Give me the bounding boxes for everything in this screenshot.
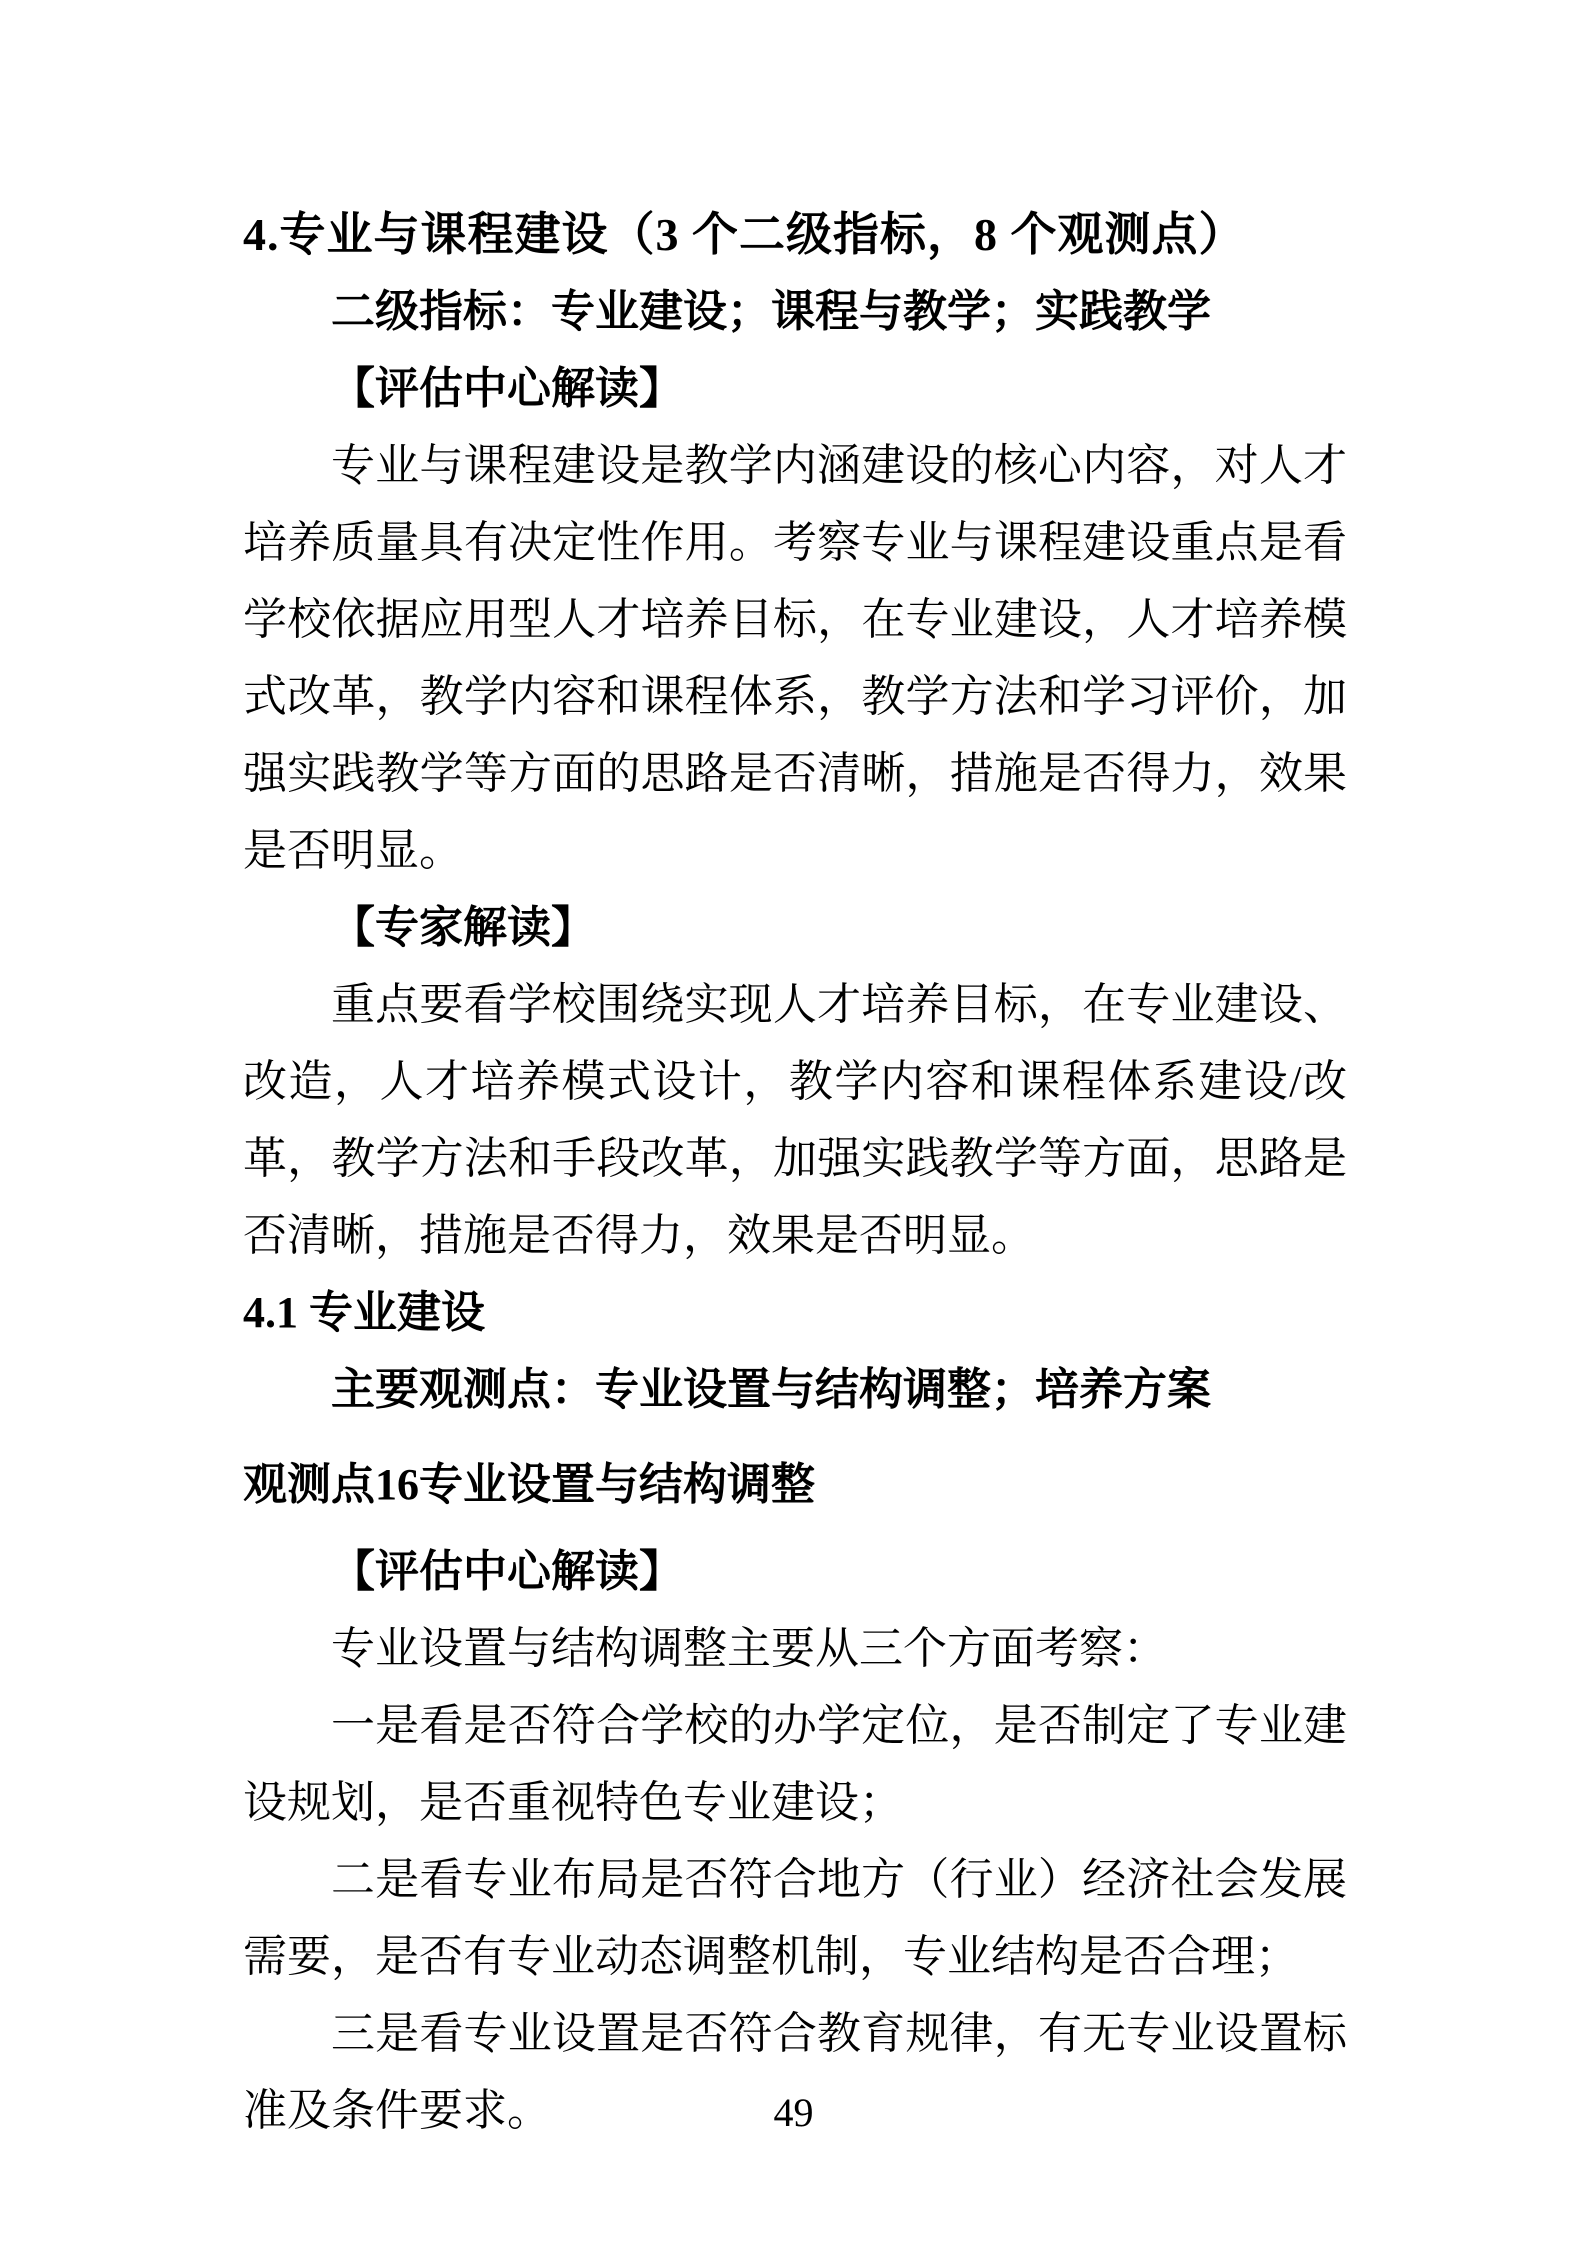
secondary-indicators-line: 二级指标：专业建设；课程与教学；实践教学 [243,273,1347,350]
chapter-heading: 4.专业与课程建设（3 个二级指标，8 个观测点） [243,196,1347,273]
evaluation-center-note-label: 【评估中心解读】 [243,350,1347,427]
expert-paragraph: 重点要看学校围绕实现人才培养目标，在专业建设、改造，人才培养模式设计，教学内容和… [243,966,1347,1274]
document-body: 4.专业与课程建设（3 个二级指标，8 个观测点） 二级指标：专业建设；课程与教… [243,196,1347,2149]
expert-note-label: 【专家解读】 [243,889,1347,966]
evaluation-center-note-label-2: 【评估中心解读】 [243,1533,1347,1610]
inspection-aspect-2-paragraph: 二是看专业布局是否符合地方（行业）经济社会发展需要，是否有专业动态调整机制，专业… [243,1841,1347,1995]
section-heading-4-1: 4.1 专业建设 [243,1274,1347,1351]
page-number: 49 [0,2083,1587,2143]
inspection-aspects-intro-paragraph: 专业设置与结构调整主要从三个方面考察： [243,1610,1347,1687]
observation-point-16-heading: 观测点16专业设置与结构调整 [243,1446,1347,1523]
evaluation-center-paragraph: 专业与课程建设是教学内涵建设的核心内容，对人才培养质量具有决定性作用。考察专业与… [243,427,1347,889]
document-page: 4.专业与课程建设（3 个二级指标，8 个观测点） 二级指标：专业建设；课程与教… [0,0,1587,2245]
main-observation-points-line: 主要观测点：专业设置与结构调整；培养方案 [243,1351,1347,1428]
inspection-aspect-1-paragraph: 一是看是否符合学校的办学定位，是否制定了专业建设规划，是否重视特色专业建设； [243,1687,1347,1841]
